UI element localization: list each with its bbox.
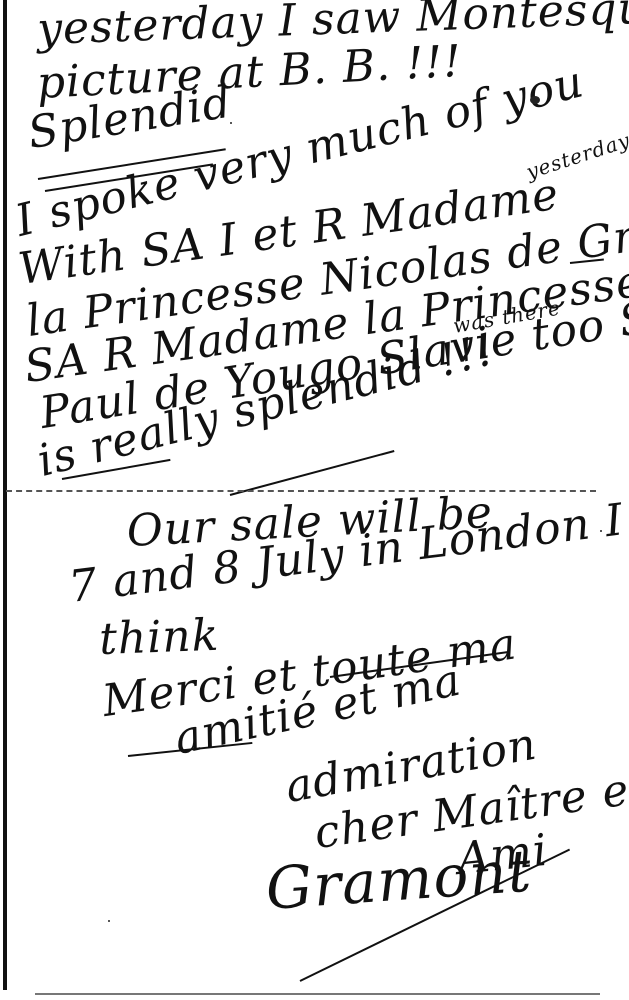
fold-line bbox=[6, 490, 596, 492]
page-left-edge bbox=[3, 0, 7, 990]
scan-speck bbox=[600, 530, 602, 532]
ink-blot bbox=[530, 96, 540, 104]
scan-speck bbox=[230, 122, 232, 124]
bottom-edge-line bbox=[35, 993, 600, 995]
letter-page: yesterday I saw Montesquiou picture at B… bbox=[0, 0, 629, 1000]
signature: Gramont bbox=[264, 842, 534, 918]
line-think: think bbox=[98, 614, 220, 662]
scan-speck bbox=[350, 660, 352, 662]
scan-speck bbox=[108, 920, 110, 922]
